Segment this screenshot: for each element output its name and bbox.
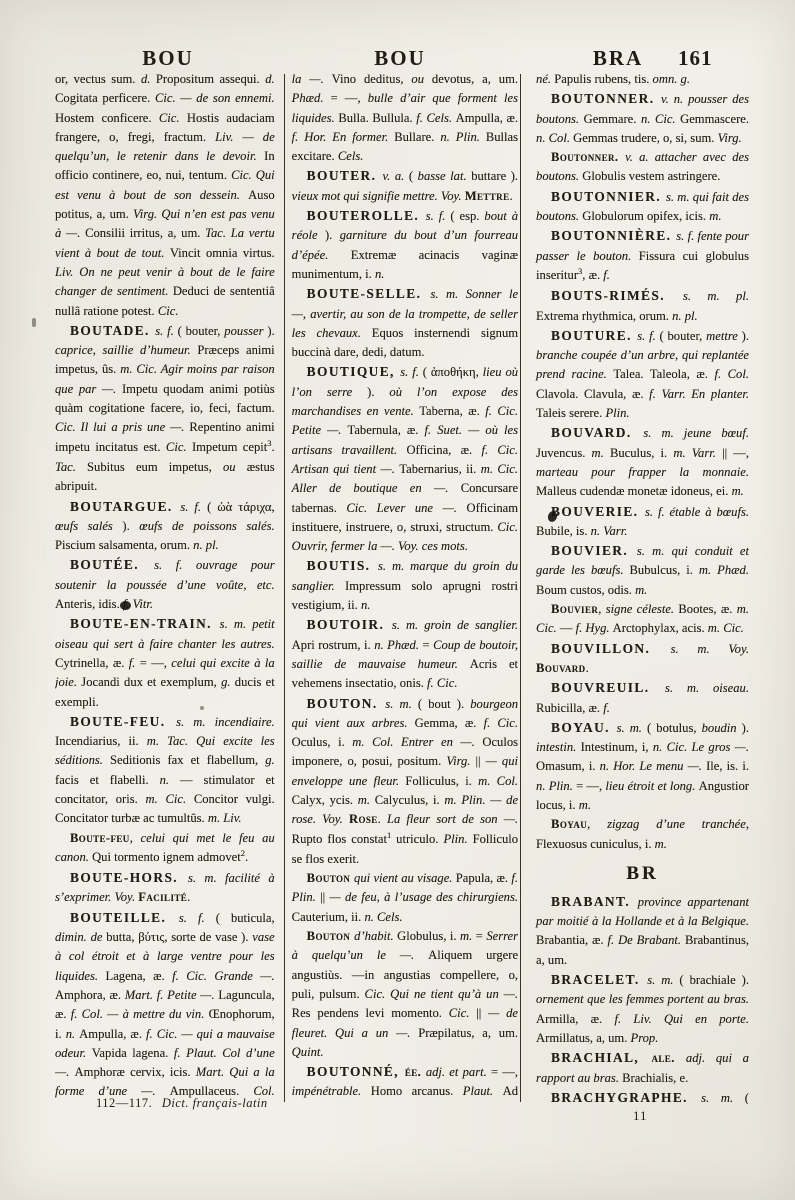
book-title: Dict. français-latin [162, 1096, 268, 1110]
catchword: 11 [633, 1108, 648, 1124]
dictionary-entry: BOUVERIE. s. f. étable à bœufs. Bubile, … [536, 502, 749, 542]
dictionary-entry: BOUTIQUE, s. f. ( ἀποθήκη, lieu où l’on … [292, 362, 518, 556]
dictionary-entry: BRACHIAL, ale. adj. qui a rapport au bra… [536, 1048, 749, 1088]
scan-speck [32, 318, 36, 327]
dictionary-entry: BOUTURE. s. f. ( bouter, mettre ). branc… [536, 326, 749, 423]
dictionary-entry: BRACELET. s. m. ( brachiale ). ornement … [536, 970, 749, 1048]
dictionary-entry: BOUTEILLE. s. f. ( buticula, dimin. de b… [55, 908, 275, 1104]
running-head-column-2: BOU [330, 46, 470, 71]
signature-mark: 112—117. [96, 1096, 152, 1110]
dictionary-entry: BOYAU. s. m. ( botulus, boudin ). intest… [536, 718, 749, 815]
section-heading: BR [536, 863, 749, 885]
column-1: or, vectus sum. d. Propositum assequi. d… [55, 70, 280, 1104]
running-head-column-1: BOU [98, 46, 238, 71]
dictionary-entry: Boyau, zigzag d’une tranchée, Flexuosus … [536, 815, 749, 854]
dictionary-entry: BRABANT. province appartenant par moitié… [536, 892, 749, 970]
column-3: né. Papulis rubens, tis. omn. g.BOUTONNE… [524, 70, 749, 1104]
page-number: 161 [678, 46, 748, 71]
dictionary-entry: BOUTE-SELLE. s. m. Sonner le —, avertir,… [292, 284, 518, 362]
dictionary-entry: Boutonner. v. a. attacher avec des bouto… [536, 148, 749, 187]
dictionary-entry: BOUTEROLLE. s. f. ( esp. bout à réole ).… [292, 206, 518, 284]
dictionary-entry: Boute-feu, celui qui met le feu au canon… [55, 829, 275, 869]
dictionary-entry: BOUTONNIER. s. m. qui fait des boutons. … [536, 187, 749, 227]
dictionary-entry: BOUTARGUE. s. f. ( ὠὰ τάριχα, œufs salés… [55, 497, 275, 556]
entry-continuation: né. Papulis rubens, tis. omn. g. [536, 70, 749, 89]
dictionary-entry: BOUTER. v. a. ( basse lat. buttare ). vi… [292, 166, 518, 206]
dictionary-entry: BOUVREUIL. s. m. oiseau. Rubicilla, æ. f… [536, 678, 749, 718]
dictionary-entry: BOUTONNIÈRE. s. f. fente pour passer le … [536, 226, 749, 286]
dictionary-entry: BOUTOIR. s. m. groin de sanglier. Apri r… [292, 615, 518, 693]
dictionary-entry: BOUVILLON. s. m. Voy. Bouvard. [536, 639, 749, 679]
entry-continuation: la —. Vino deditus, ou devotus, a, um. P… [292, 70, 518, 166]
dictionary-entry: BOUTONNÉ, ée. adj. et part. = —, impénét… [292, 1062, 518, 1104]
dictionary-entry: BOUTIS. s. m. marque du groin du sanglie… [292, 556, 518, 615]
ink-blot [120, 601, 131, 610]
dictionary-entry: BOUTE-HORS. s. m. facilité à s’exprimer.… [55, 868, 275, 908]
dictionary-page-scan: BOU BOU BRA 161 or, vectus sum. d. Propo… [0, 0, 795, 1200]
dictionary-entry: BOUVIER. s. m. qui conduit et garde les … [536, 541, 749, 600]
dictionary-entry: BOUTON. s. m. ( bout ). bourgeon qui vie… [292, 694, 518, 870]
dictionary-entry: BRACHYGRAPHE. s. m. ( βραχὺς, bref ; γρά… [536, 1088, 749, 1104]
dictionary-entry: Bouton d’habit. Globulus, i. m. = Serrer… [292, 927, 518, 1062]
scan-speck [200, 706, 204, 710]
dictionary-entry: BOUTADE. s. f. ( bouter, pousser ). capr… [55, 321, 275, 497]
dictionary-entry: BOUTE-FEU. s. m. incendiaire. Incendiari… [55, 712, 275, 829]
running-head-column-3: BRA [548, 46, 688, 71]
entry-continuation: or, vectus sum. d. Propositum assequi. d… [55, 70, 275, 321]
dictionary-entry: BOUTÉE. s. f. ouvrage pour soutenir la p… [55, 555, 275, 614]
text-block: or, vectus sum. d. Propositum assequi. d… [55, 70, 749, 1104]
dictionary-entry: BOUTE-EN-TRAIN. s. m. petit oiseau qui s… [55, 614, 275, 711]
dictionary-entry: Bouvier, signe céleste. Bootes, æ. m. Ci… [536, 600, 749, 639]
dictionary-entry: Bouton qui vient au visage. Papula, æ. f… [292, 869, 518, 927]
footer-imprint: 112—117. Dict. français-latin [96, 1096, 268, 1111]
dictionary-entry: BOUTONNER. v. n. pousser des boutons. Ge… [536, 89, 749, 148]
dictionary-entry: BOUVARD. s. m. jeune bœuf. Juvencus. m. … [536, 423, 749, 501]
dictionary-entry: BOUTS-RIMÉS. s. m. pl. Extrema rhythmica… [536, 286, 749, 326]
column-2: la —. Vino deditus, ou devotus, a, um. P… [280, 70, 524, 1104]
